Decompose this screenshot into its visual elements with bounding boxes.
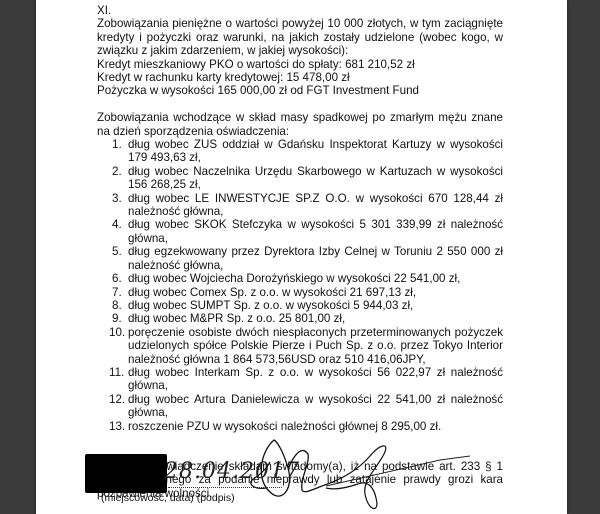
debt-item: dług wobec ZUS oddział w Gdańsku Inspekt… bbox=[128, 138, 503, 165]
signature-caption: (miejscowość, data) (podpis) bbox=[101, 492, 235, 504]
debt-item: dług egzekwowany przez Dyrektora Izby Ce… bbox=[128, 245, 503, 272]
debt-item: poręczenie osobiste dwóch niespłaconych … bbox=[128, 326, 503, 366]
redaction-box bbox=[85, 454, 167, 493]
document-body: XI. Zobowiązania pieniężne o wartości po… bbox=[97, 4, 503, 500]
estate-intro: Zobowiązania wchodzące w skład masy spad… bbox=[97, 111, 503, 138]
debt-item: dług wobec Naczelnika Urzędu Skarbowego … bbox=[128, 165, 503, 192]
loan-item: Pożyczka w wysokości 165 000,00 zł od FG… bbox=[97, 84, 503, 97]
debt-list: dług wobec ZUS oddział w Gdańsku Inspekt… bbox=[97, 138, 503, 433]
liabilities-intro: Zobowiązania pieniężne o wartości powyże… bbox=[97, 17, 503, 57]
debt-item: dług wobec SUMPT Sp. z o.o. w wysokości … bbox=[128, 299, 503, 312]
debt-item: dług wobec Interkam Sp. z o.o. w wysokoś… bbox=[128, 366, 503, 393]
debt-item: dług wobec Wojciecha Dorożyńskiego w wys… bbox=[128, 272, 503, 285]
debt-item: roszczenie PZU w wysokości należności gł… bbox=[128, 420, 503, 433]
debt-item: dług wobec SKOK Stefczyka w wysokości 5 … bbox=[128, 218, 503, 245]
section-heading: XI. bbox=[97, 4, 503, 17]
loan-item: Kredyt mieszkaniowy PKO o wartości do sp… bbox=[97, 58, 503, 71]
debt-item: dług wobec Artura Danielewicza w wysokoś… bbox=[128, 393, 503, 420]
debt-item: dług wobec M&PR Sp. z o.o. 25 801,00 zł, bbox=[128, 312, 503, 325]
loan-item: Kredyt w rachunku karty kredytowej: 15 4… bbox=[97, 71, 503, 84]
debt-item: dług wobec Comex Sp. z o.o. w wysokości … bbox=[128, 286, 503, 299]
signature-scribble bbox=[230, 432, 560, 514]
debt-item: dług wobec LE INWESTYCJE SP.Z O.O. w wys… bbox=[128, 192, 503, 219]
